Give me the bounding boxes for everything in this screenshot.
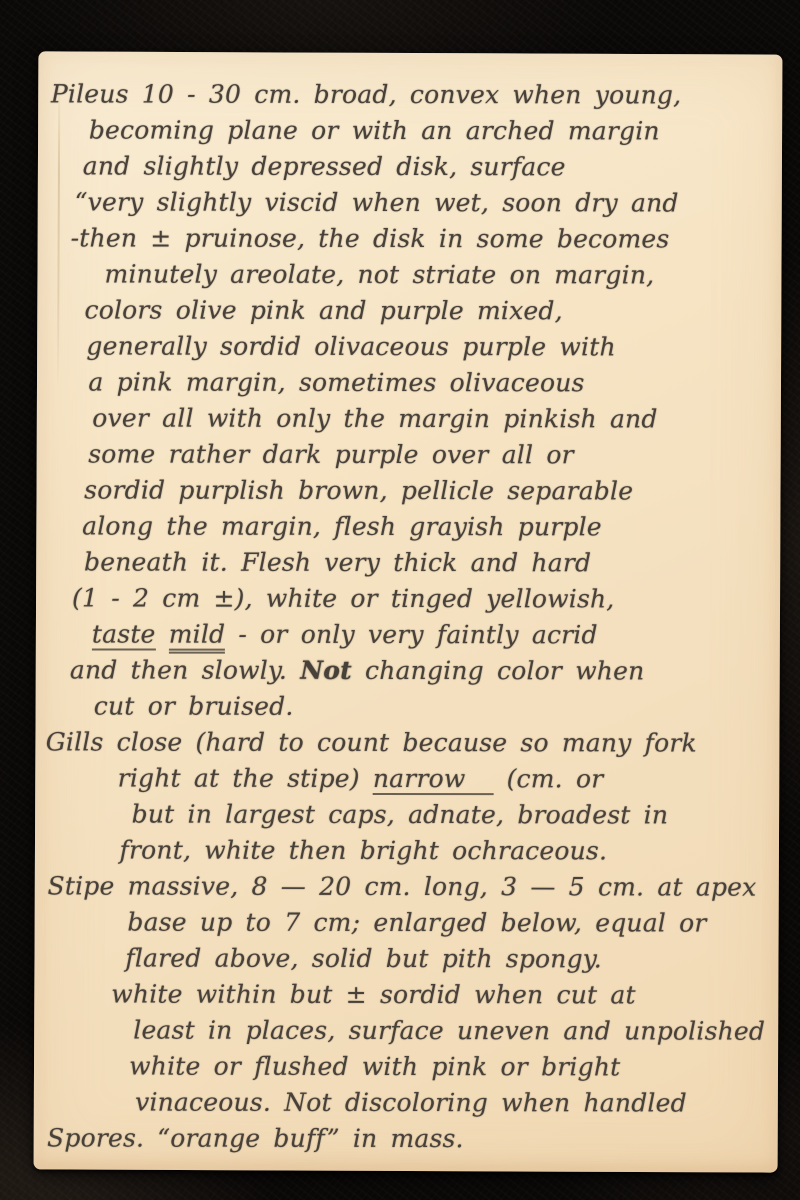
- handwritten-line: over all with only the margin pinkish an…: [36, 400, 780, 437]
- handwritten-line: beneath it. Flesh very thick and hard: [36, 544, 780, 581]
- handwritten-line: sordid purplish brown, pellicle separabl…: [36, 472, 780, 509]
- text-segment: least in places, surface uneven and unpo…: [133, 1016, 765, 1046]
- text-segment: Spores. “orange buff” in mass.: [47, 1123, 464, 1153]
- text-segment: base up to 7 cm; enlarged below, equal o…: [127, 908, 706, 938]
- handwritten-line: taste mild - or only very faintly acrid: [36, 616, 780, 653]
- handwritten-line: Pileus 10 - 30 cm. broad, convex when yo…: [37, 76, 781, 113]
- handwritten-line: flared above, solid but pith spongy.: [35, 940, 779, 977]
- handwritten-line: colors olive pink and purple mixed,: [36, 292, 780, 329]
- text-segment: (cm. or: [493, 764, 603, 793]
- handwritten-line: right at the stipe) narrow (cm. or: [36, 760, 780, 797]
- text-segment: flared above, solid but pith spongy.: [125, 944, 602, 974]
- text-segment: beneath it. Flesh very thick and hard: [84, 547, 591, 577]
- handwritten-line: Spores. “orange buff” in mass.: [35, 1120, 779, 1157]
- handwritten-line: base up to 7 cm; enlarged below, equal o…: [35, 904, 779, 941]
- text-segment: Pileus 10 - 30 cm. broad, convex when yo…: [51, 79, 681, 109]
- handwritten-line: but in largest caps, adnate, broadest in: [36, 796, 780, 833]
- text-segment: some rather dark purple over all or: [88, 439, 574, 469]
- handwritten-line: white or flushed with pink or bright: [35, 1048, 779, 1085]
- handwritten-line: Gills close (hard to count because so ma…: [36, 724, 780, 761]
- handwritten-line: minutely areolate, not striate on margin…: [37, 256, 781, 293]
- handwritten-text: Pileus 10 - 30 cm. broad, convex when yo…: [35, 76, 781, 1157]
- text-segment: white or flushed with pink or bright: [129, 1052, 620, 1082]
- text-segment: over all with only the margin pinkish an…: [92, 403, 657, 433]
- text-segment: sordid purplish brown, pellicle separabl…: [84, 475, 633, 505]
- handwritten-line: Stipe massive, 8 — 20 cm. long, 3 — 5 cm…: [35, 868, 779, 905]
- text-segment: changing color when: [352, 656, 645, 686]
- text-segment: colors olive pink and purple mixed,: [84, 295, 562, 325]
- handwritten-line: some rather dark purple over all or: [36, 436, 780, 473]
- handwritten-line: becoming plane or with an arched margin: [37, 112, 781, 149]
- handwritten-line: vinaceous. Not discoloring when handled: [35, 1084, 779, 1121]
- text-segment: taste: [92, 619, 156, 650]
- handwritten-line: a pink margin, sometimes olivaceous: [36, 364, 780, 401]
- handwritten-line: cut or bruised.: [36, 688, 780, 725]
- text-segment: minutely areolate, not striate on margin…: [105, 259, 655, 289]
- index-card: Pileus 10 - 30 cm. broad, convex when yo…: [34, 51, 783, 1172]
- handwritten-line: (1 - 2 cm ±), white or tinged yellowish,: [36, 580, 780, 617]
- handwritten-line: -then ± pruinose, the disk in some becom…: [37, 220, 781, 257]
- text-segment: narrow: [373, 764, 494, 795]
- text-segment: and slightly depressed disk, surface: [83, 151, 566, 181]
- text-segment: -then ± pruinose, the disk in some becom…: [71, 223, 670, 253]
- handwritten-line: “very slightly viscid when wet, soon dry…: [37, 184, 781, 221]
- handwritten-line: front, white then bright ochraceous.: [36, 832, 780, 869]
- text-segment: Not: [300, 656, 352, 685]
- text-segment: mild: [169, 620, 226, 654]
- text-segment: vinaceous. Not discoloring when handled: [135, 1088, 687, 1118]
- handwritten-line: white within but ± sordid when cut at: [35, 976, 779, 1013]
- text-segment: white within but ± sordid when cut at: [111, 979, 635, 1009]
- text-segment: along the margin, flesh grayish purple: [82, 511, 602, 541]
- handwritten-line: along the margin, flesh grayish purple: [36, 508, 780, 545]
- text-segment: becoming plane or with an arched margin: [89, 115, 660, 145]
- text-segment: Gills close (hard to count because so ma…: [46, 727, 697, 757]
- text-segment: and then slowly.: [70, 655, 300, 684]
- text-segment: but in largest caps, adnate, broadest in: [132, 800, 669, 830]
- handwritten-line: generally sordid olivaceous purple with: [36, 328, 780, 365]
- handwritten-line: and then slowly. Not changing color when: [36, 652, 780, 689]
- text-segment: right at the stipe): [118, 763, 373, 792]
- text-segment: a pink margin, sometimes olivaceous: [88, 367, 584, 397]
- text-segment: [156, 620, 169, 649]
- text-segment: generally sordid olivaceous purple with: [86, 331, 615, 361]
- handwritten-line: least in places, surface uneven and unpo…: [35, 1012, 779, 1049]
- text-segment: (1 - 2 cm ±), white or tinged yellowish,: [72, 583, 615, 613]
- text-segment: “very slightly viscid when wet, soon dry…: [75, 187, 679, 217]
- handwritten-line: and slightly depressed disk, surface: [37, 148, 781, 185]
- text-segment: front, white then bright ochraceous.: [120, 835, 608, 865]
- text-segment: Stipe massive, 8 — 20 cm. long, 3 — 5 cm…: [47, 871, 756, 901]
- text-segment: cut or bruised.: [94, 691, 294, 720]
- text-segment: - or only very faintly acrid: [225, 620, 598, 650]
